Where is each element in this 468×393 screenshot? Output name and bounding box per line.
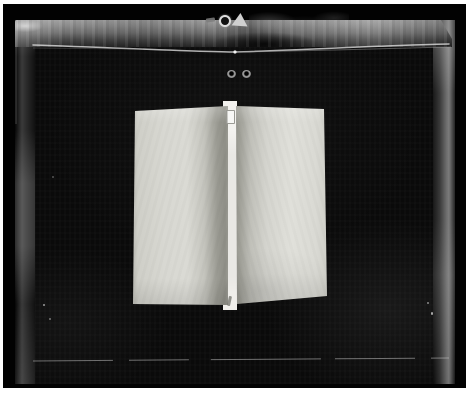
dust-speck xyxy=(49,318,51,320)
photograph xyxy=(3,4,466,388)
film-smudge xyxy=(249,8,349,42)
screw-head-left xyxy=(227,70,236,78)
book-right-page xyxy=(233,102,330,306)
dust-speck xyxy=(52,176,54,178)
strip-top-mark xyxy=(226,110,235,124)
scanned-photo-page xyxy=(0,0,468,393)
clamp-ring-icon xyxy=(219,15,231,27)
screw-head-right xyxy=(242,70,251,78)
dust-speck xyxy=(431,312,433,315)
dust-speck xyxy=(43,304,45,306)
border-shade xyxy=(326,4,466,8)
book-left-page xyxy=(130,102,229,307)
triangle-mark-icon xyxy=(232,12,249,26)
dust-speck xyxy=(427,302,429,304)
copy-frame-right-edge xyxy=(433,20,455,384)
copy-frame-left-edge xyxy=(15,20,35,384)
